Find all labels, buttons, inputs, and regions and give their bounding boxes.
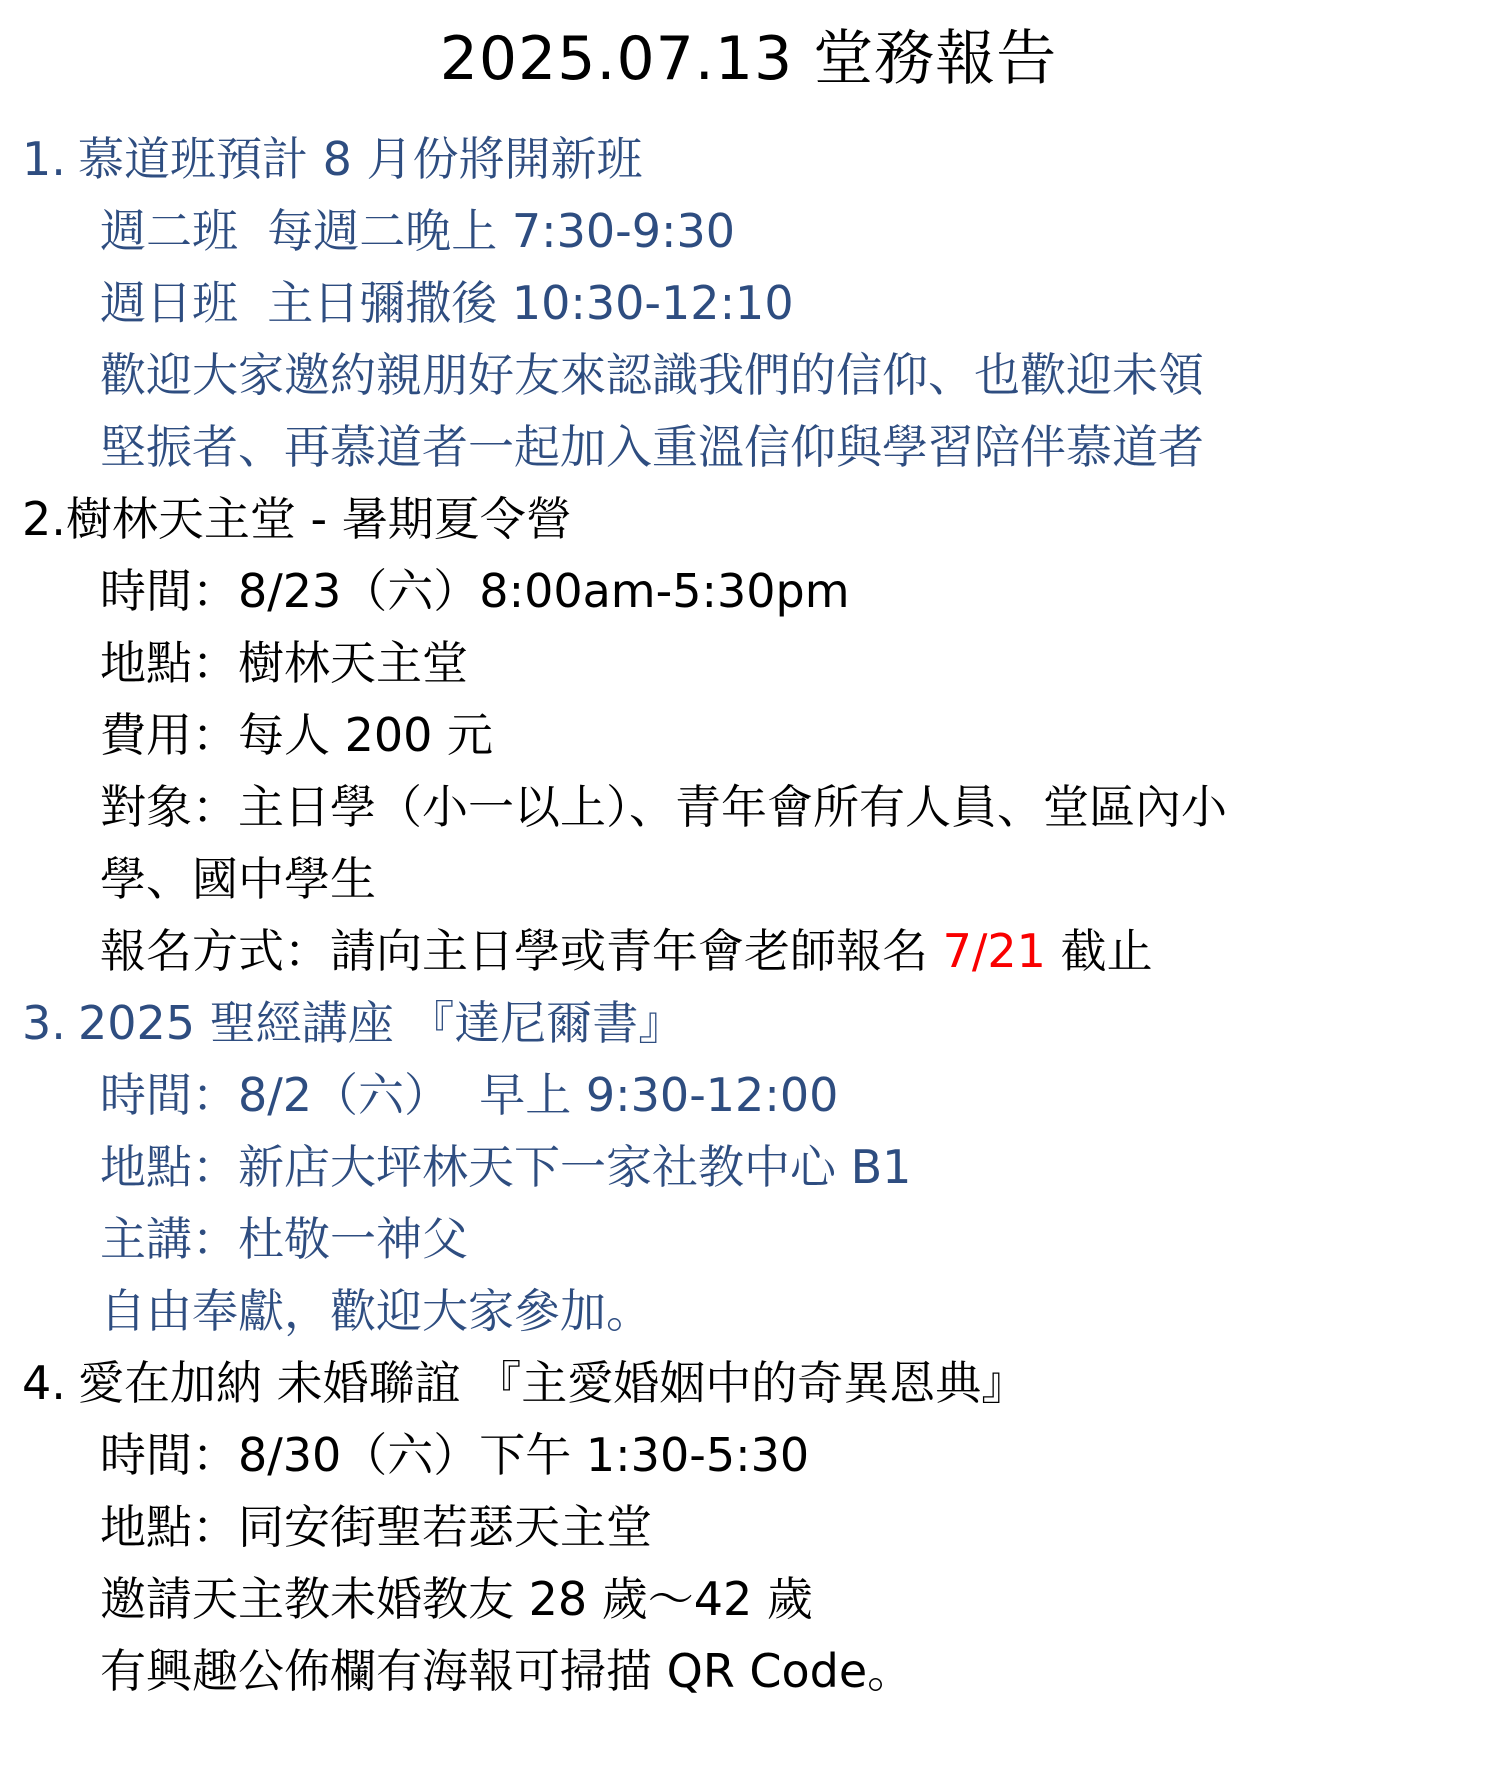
section-1-line-4: 堅振者、再慕道者一起加入重溫信仰與學習陪伴慕道者: [0, 411, 1497, 483]
registration-deadline: 7/21: [943, 926, 1046, 977]
section-1-line-1: 週二班 每週二晚上 7:30-9:30: [0, 195, 1497, 267]
section-4-line-4: 有興趣公佈欄有海報可掃描 QR Code。: [0, 1635, 1497, 1707]
section-3-line-4: 自由奉獻，歡迎大家參加。: [0, 1275, 1497, 1347]
line-text: 地點：同安街聖若瑟天主堂: [100, 1502, 652, 1553]
line-text: 有興趣公佈欄有海報可掃描 QR Code。: [100, 1646, 913, 1697]
section-1-line-2: 週日班 主日彌撒後 10:30-12:10: [0, 267, 1497, 339]
section-2-number: 2.: [22, 494, 66, 545]
section-1-title: 慕道班預計 8 月份將開新班: [78, 134, 643, 185]
section-1-heading: 1. 慕道班預計 8 月份將開新班: [0, 123, 1497, 195]
section-4-line-3: 邀請天主教未婚教友 28 歲～42 歲: [0, 1563, 1497, 1635]
line-text: 地點：樹林天主堂: [100, 638, 468, 689]
section-2-registration-line: 報名方式：請向主日學或青年會老師報名 7/21 截止: [0, 915, 1497, 987]
section-3-title: 2025 聖經講座 『達尼爾書』: [78, 998, 684, 1049]
section-2-heading: 2. 樹林天主堂 - 暑期夏令營: [0, 483, 1497, 555]
line-text: 學、國中學生: [100, 854, 376, 905]
section-3-heading: 3. 2025 聖經講座 『達尼爾書』: [0, 987, 1497, 1059]
page-title: 2025.07.13 堂務報告: [0, 0, 1497, 97]
section-2-line-2: 地點：樹林天主堂: [0, 627, 1497, 699]
line-text: 主講：杜敬一神父: [100, 1214, 468, 1265]
section-1-number: 1.: [22, 134, 78, 185]
section-4-heading: 4. 愛在加納 未婚聯誼 『主愛婚姻中的奇異恩典』: [0, 1347, 1497, 1419]
section-1-line-3: 歡迎大家邀約親朋好友來認識我們的信仰、也歡迎未領: [0, 339, 1497, 411]
line-text: 時間：8/23（六）8:00am-5:30pm: [100, 566, 850, 617]
section-2-line-5: 學、國中學生: [0, 843, 1497, 915]
section-4-number: 4.: [22, 1358, 78, 1409]
registration-text: 報名方式：請向主日學或青年會老師報名: [100, 926, 943, 977]
section-3-line-2: 地點：新店大坪林天下一家社教中心 B1: [0, 1131, 1497, 1203]
section-2-line-1: 時間：8/23（六）8:00am-5:30pm: [0, 555, 1497, 627]
section-4-line-1: 時間：8/30（六）下午 1:30-5:30: [0, 1419, 1497, 1491]
line-text: 週二班 每週二晚上 7:30-9:30: [100, 206, 735, 257]
section-4-line-2: 地點：同安街聖若瑟天主堂: [0, 1491, 1497, 1563]
section-2-line-4: 對象：主日學（小一以上）、青年會所有人員、堂區內小: [0, 771, 1497, 843]
line-text: 時間：8/30（六）下午 1:30-5:30: [100, 1430, 809, 1481]
section-3-line-1: 時間：8/2（六） 早上 9:30-12:00: [0, 1059, 1497, 1131]
announcement-content: 1. 慕道班預計 8 月份將開新班 週二班 每週二晚上 7:30-9:30 週日…: [0, 123, 1497, 1707]
line-text: 對象：主日學（小一以上）、青年會所有人員、堂區內小: [100, 782, 1227, 833]
line-text: 邀請天主教未婚教友 28 歲～42 歲: [100, 1574, 813, 1625]
line-text: 堅振者、再慕道者一起加入重溫信仰與學習陪伴慕道者: [100, 422, 1204, 473]
line-text: 時間：8/2（六） 早上 9:30-12:00: [100, 1070, 838, 1121]
line-text: 週日班 主日彌撒後 10:30-12:10: [100, 278, 794, 329]
registration-text-end: 截止: [1046, 926, 1153, 977]
section-2-line-3: 費用：每人 200 元: [0, 699, 1497, 771]
section-3-line-3: 主講：杜敬一神父: [0, 1203, 1497, 1275]
line-text: 歡迎大家邀約親朋好友來認識我們的信仰、也歡迎未領: [100, 350, 1204, 401]
announcement-page: 2025.07.13 堂務報告 1. 慕道班預計 8 月份將開新班 週二班 每週…: [0, 0, 1497, 1776]
section-4-title: 愛在加納 未婚聯誼 『主愛婚姻中的奇異恩典』: [78, 1358, 1027, 1409]
line-text: 費用：每人 200 元: [100, 710, 493, 761]
line-text: 地點：新店大坪林天下一家社教中心 B1: [100, 1142, 911, 1193]
line-text: 自由奉獻，歡迎大家參加。: [100, 1286, 652, 1337]
section-2-title: 樹林天主堂 - 暑期夏令營: [66, 494, 572, 545]
section-3-number: 3.: [22, 998, 78, 1049]
